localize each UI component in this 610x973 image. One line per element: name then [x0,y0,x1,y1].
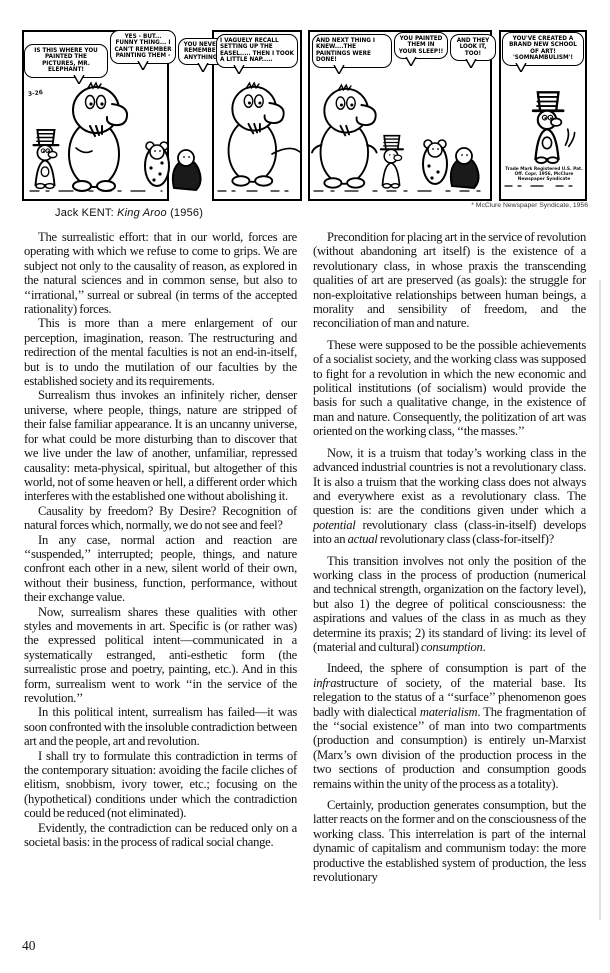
bubble-text: AND NEXT THING I KNEW....THE PAINTINGS W… [316,38,375,63]
bubble-text: YOU'VE CREATED A BRAND NEW SCHOOL OF ART… [509,36,577,61]
bubble-tail [333,65,345,74]
king-aroo-character [533,92,574,163]
paragraph: Surrealism thus invokes an infinitely ri… [24,388,297,503]
speech-bubble: YES - BUT... FUNNY THING... I CAN'T REME… [110,30,176,64]
book-page: IS THIS WHERE YOU PAINTED THE PICTURES, … [0,0,610,973]
bubble-text: YOU NEVER REMEMBER ANYTHING! [184,42,221,61]
paragraph: Certainly, production generates consumpt… [313,798,586,884]
bubble-tail [465,59,477,68]
elephant-character [312,85,377,188]
paragraph: Indeed, the sphere of consumption is par… [313,661,586,791]
paragraph: Now, it is a truism that today’s working… [313,446,586,547]
paragraph: These were supposed to be the possible a… [313,338,586,439]
speech-bubble: YOU PAINTED THEM IN YOUR SLEEP!! [394,32,448,59]
king-aroo-character [34,130,59,188]
bubble-text: YOU PAINTED THEM IN YOUR SLEEP!! [399,36,444,55]
speech-bubble: IS THIS WHERE YOU PAINTED THE PICTURES, … [24,44,108,78]
paragraph: This transition involves not only the po… [313,554,586,655]
bubble-tail [405,57,417,66]
bubble-tail [515,63,527,72]
paragraph: Now, surrealism shares these qualities w… [24,605,297,706]
companion-characters [145,142,201,190]
bubble-text: AND THEY LOOK IT, TOO! [457,38,490,57]
bubble-tail [73,75,85,84]
bubble-text: I VAGUELY RECALL SETTING UP THE EASEL...… [220,38,294,63]
elephant-character [69,83,127,191]
speech-bubble: YOU'VE CREATED A BRAND NEW SCHOOL OF ART… [502,32,584,66]
bubble-tail [233,65,245,74]
bubble-tail [197,63,209,72]
bubble-text: YES - BUT... FUNNY THING... I CAN'T REME… [114,34,171,59]
paragraph: In this political intent, surrealism has… [24,705,297,748]
trademark-fine-print: Trade Mark Registered U.S. Pat. Off. Cop… [504,167,584,183]
bubble-text: IS THIS WHERE YOU PAINTED THE PICTURES, … [34,48,98,73]
paragraph: Causality by freedom? By Desire? Recogni… [24,504,297,533]
bubble-tail [137,61,149,70]
speech-bubble: I VAGUELY RECALL SETTING UP THE EASEL...… [216,34,298,68]
comic-caption: Jack KENT: King Aroo (1956) [55,207,203,219]
speech-bubble: AND NEXT THING I KNEW....THE PAINTINGS W… [312,34,392,68]
scan-gutter-shadow [599,280,601,920]
king-aroo-character [381,136,403,188]
paragraph: Precondition for placing art in the serv… [313,230,586,331]
comic-strip: IS THIS WHERE YOU PAINTED THE PICTURES, … [20,28,590,203]
page-number: 40 [22,938,36,954]
paragraph: I shall try to formulate this contradict… [24,749,297,821]
paragraph: In any case, normal action and reaction … [24,533,297,605]
text-column-right: Precondition for placing art in the serv… [313,230,586,884]
speech-bubble: AND THEY LOOK IT, TOO! [450,34,496,61]
paragraph: Evidently, the contradiction can be redu… [24,821,297,850]
companion-characters [423,140,479,188]
text-column-left: The surrealistic effort: that in our wor… [24,230,297,849]
paragraph: This is more than a mere enlargement of … [24,316,297,388]
caption-title: King Aroo [117,207,167,219]
caption-author: Jack KENT: [55,207,117,219]
paragraph: The surrealistic effort: that in our wor… [24,230,297,316]
syndicate-credit: * McClure Newspaper Syndicate, 1956 [471,202,588,209]
caption-year: (1956) [167,207,203,219]
elephant-character [229,83,284,186]
